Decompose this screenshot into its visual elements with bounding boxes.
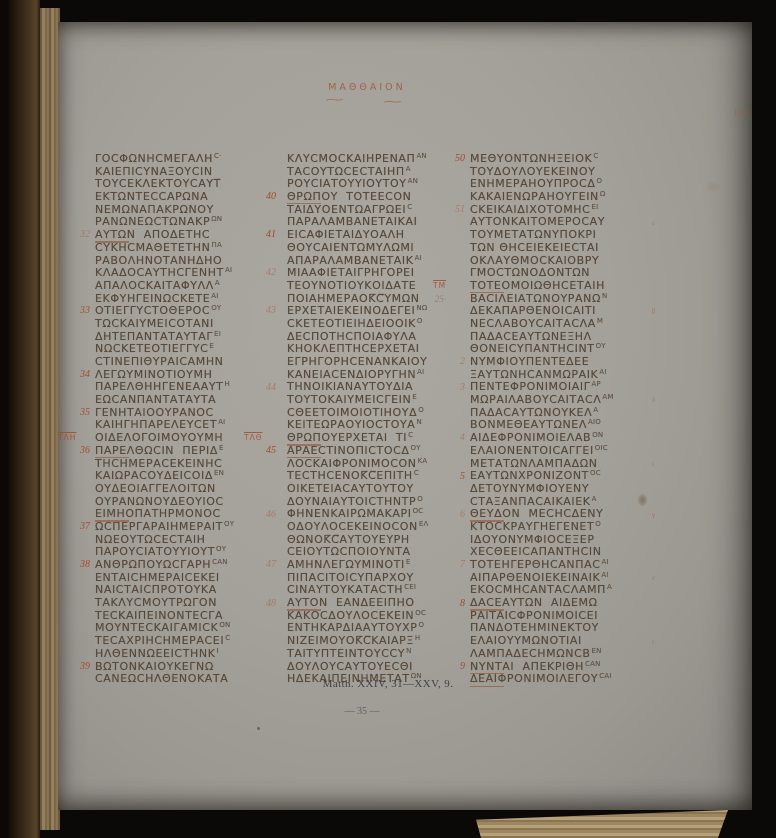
manuscript-line: ΚΛΥϹΜΟϹΚΑΙΗΡΕΝΑΠΑΝ [287, 153, 428, 166]
paper-stain [706, 182, 720, 192]
verse-number: 7 [433, 559, 465, 572]
verse-number: 51 [433, 204, 465, 217]
line-end-superscript: ΑΜ [602, 393, 613, 401]
line-end-superscript: Ϲ [593, 152, 598, 160]
line-end-superscript: ΟΥ [216, 545, 226, 553]
verse-number: 42 [244, 267, 276, 280]
manuscript-line: ΟΙΚΕΤΕΙΑϹΑΥΤΟΥΤΟΥ [287, 483, 428, 496]
section-number: ΤΛΘ [244, 432, 263, 445]
verse-number: 6 [433, 509, 465, 522]
photographed-book-page: ΜΑΘΘΑΙΟΝ ~ ~ 193 ΓΟϹΦΩΝΗϹΜΕΓΑΛΗϹ·ΚΑΙΕΠΙϹ… [0, 0, 776, 838]
line-end-superscript: ΟΙϹ [595, 444, 608, 452]
paragraphos-mark [470, 292, 504, 294]
manuscript-line: ΓΜΟϹΤΩΝΟΔΟΝΤΩΝ [470, 267, 614, 280]
plate-caption: Matth. XXIV, 31—XXV, 9. [238, 678, 538, 690]
manuscript-line: ΟΥΔΕΟΙΑΓΓΕΛΟΙΤΩΝ [95, 483, 234, 496]
manuscript-line: ΤΟΤΕΟΜΟΙΩΘΗϹΕΤΑΙΗ [470, 280, 614, 293]
line-end-superscript: Ε [219, 444, 224, 452]
manuscript-column-2: ΚΛΥϹΜΟϹΚΑΙΗΡΕΝΑΠΑΝΤΑϹΟΥΤΩϹΕϹΤΑΙΗΠΑΡΟΥϹΙΑ… [287, 153, 428, 686]
verse-number: 38 [58, 559, 90, 572]
manuscript-line: ΚΑΚΑΙΕΝΩΡΑΗΟΥΓΕΙΝΩ [470, 191, 614, 204]
verse-number: 33 [58, 305, 90, 318]
manuscript-facsimile-page: ΜΑΘΘΑΙΟΝ ~ ~ 193 ΓΟϹΦΩΝΗϹΜΕΓΑΛΗϹ·ΚΑΙΕΠΙϹ… [58, 22, 752, 810]
verse-number: 41 [244, 229, 276, 242]
page-number: 193 [688, 108, 748, 119]
verse-number: 3 [433, 382, 465, 395]
manuscript-column-3: ΜΕΘΥΟΝΤΩΝΗΞΕΙΟΚϹΤΟΥΔΟΥΛΟΥΕΚΕΙΝΟΥΕΝΗΜΕΡΑΗ… [470, 153, 614, 686]
line-end-superscript: ΑΙ [601, 558, 608, 566]
section-number: ΤΜ [433, 280, 446, 293]
manuscript-line: ΔΕΤΟΥΝΥΜΦΙΟΥΕΝΥ [470, 483, 614, 496]
paragraphos-mark [470, 673, 504, 675]
running-title: ΜΑΘΘΑΙΟΝ [267, 82, 467, 93]
page-edges-left [40, 8, 60, 830]
manuscript-line: ϹΑΝΕΩϹΗΛΘΕΝΟΚΑΤΑ [95, 673, 234, 686]
line-end-superscript: ΕΝ [592, 647, 602, 655]
line-end-superscript: Ϲ· [214, 152, 222, 160]
canon-mark: ι [652, 636, 654, 649]
manuscript-line: ΤΕΟΥΝΟΤΙΟΥΚΟΙΔΑΤΕ [287, 280, 428, 293]
paragraphos-mark [95, 241, 129, 243]
verse-number: 36 [58, 445, 90, 458]
line-end-superscript: ϹΑΝ [212, 558, 228, 566]
manuscript-line: ΤΕϹΑΧΡΙΗϹΗΜΕΡΑϹΕΙϹ [95, 635, 234, 648]
manuscript-line: ΑΡΑΕϹΤΙΝΟΠΙϹΤΟϹΔΟΥ [287, 445, 428, 458]
line-end-superscript: Ε [209, 342, 214, 350]
line-end-superscript: ΕΙ [214, 330, 221, 338]
manuscript-line: ΓΟϹΦΩΝΗϹΜΕΓΑΛΗϹ· [95, 153, 234, 166]
line-end-superscript: ΟϹ [415, 609, 426, 617]
manuscript-line: ΑΥΤΩΝ ΑΠΟΔΕΤΗϹ [95, 229, 234, 242]
line-end-superscript: ΩΝ [211, 215, 222, 223]
canon-mark: β [652, 305, 656, 318]
manuscript-line: ΚΑΙΩΡΑϹΟΥΔΕΙϹΟΙΔΕΝ [95, 470, 234, 483]
line-end-superscript: ΟΝ [592, 431, 603, 439]
line-end-superscript: Ο [419, 621, 425, 629]
manuscript-line: ΝΙΖΕΙΜΟΥΟΚ̅Ϲ̅ΚΑΙΑΡΞΗ [287, 635, 428, 648]
canon-mark: ε [652, 572, 655, 585]
manuscript-line: ΠΑΡΕΛΘΩϹΙΝ ΠΕΡΙΔΕ [95, 445, 234, 458]
verse-number: 46 [244, 509, 276, 522]
chapter-number: 25· [416, 293, 446, 306]
paragraphos-mark [287, 203, 321, 205]
line-end-superscript: ΑΝ [416, 152, 426, 160]
verse-number: 4 [433, 432, 465, 445]
paper-stain [638, 494, 647, 506]
line-end-superscript: Ϲ [407, 203, 412, 211]
manuscript-line: ΤΑΙΤΥΠΤΕΙΝΤΟΥϹϹΥΝ [287, 648, 428, 661]
canon-mark: γ [652, 509, 655, 522]
manuscript-line: ΛΑΜΠΑΔΕϹΗΜΩΝϹΒΕΝ [470, 648, 614, 661]
manuscript-line: ΜΙΑΑΦΙΕΤΑΙΓΡΗΓΟΡΕΙ [287, 267, 428, 280]
manuscript-line: ΕΙϹΑΦΙΕΤΑΙΔΥΟΑΛΗ [287, 229, 428, 242]
line-end-superscript: Ο [595, 520, 601, 528]
line-end-superscript: ΑΙ [415, 254, 422, 262]
line-end-superscript: Ϲ [408, 431, 413, 439]
line-end-superscript: ΑΙ [601, 571, 608, 579]
line-end-superscript: Ν [602, 292, 607, 300]
line-end-superscript: ΑΙ [211, 292, 218, 300]
line-end-superscript: Ν [406, 647, 411, 655]
manuscript-line: ΔΑϹΕΑΥΤΩΝ ΑΙΔΕΜΩ [470, 597, 614, 610]
paragraphos-mark [470, 520, 504, 522]
manuscript-line: ΕΚΤΩΝΤΕϹϹΑΡΩΝΑ [95, 191, 234, 204]
line-end-superscript: ΠΑ [211, 241, 221, 249]
verse-number: 47 [244, 559, 276, 572]
verse-number: 35 [58, 407, 90, 420]
manuscript-line: ΚΛΑΔΟϹΑΥΤΗϹΓΕΝΗΤΑΙ [95, 267, 234, 280]
line-end-superscript: ΟΥ [411, 444, 421, 452]
manuscript-line: ΟΙΔΕΛΟΓΟΙΜΟΥΟΥΜΗ [95, 432, 234, 445]
line-end-superscript: Α [406, 165, 411, 173]
manuscript-line: ΕΩϹΑΝΠΑΝΤΑΤΑΥΤΑ [95, 394, 234, 407]
manuscript-line: ΑΠΑΛΟϹΚΑΙΤΑΦΥΛΛΑ [95, 280, 234, 293]
line-end-superscript: Ϲ [225, 634, 230, 642]
manuscript-line: ΤΩΝ ΘΗϹΕΙΕΚΕΙΕϹΤΑΙ [470, 242, 614, 255]
verse-number: 5 [433, 471, 465, 484]
manuscript-line: ΑΝΘΡΩΠΟΥΩϹΓΑΡΗϹΑΝ [95, 559, 234, 572]
paper-speck [257, 727, 260, 730]
line-end-superscript: ΑΙΟ [588, 418, 601, 426]
line-end-superscript: ΑΙ [218, 418, 225, 426]
verse-number: 48 [244, 598, 276, 611]
manuscript-line: ΘΡΩΠΟΥ ΤΟΤΕΕϹΟΝ [287, 191, 428, 204]
canon-mark: ι [652, 458, 654, 471]
line-end-superscript: Ο [596, 177, 602, 185]
paragraphos-mark [287, 609, 321, 611]
manuscript-line: ΩϹΠΕΡΓΑΡΑΙΗΜΕΡΑΙΤΟΥ [95, 521, 234, 534]
verse-number: 43 [244, 305, 276, 318]
line-end-superscript: ΑΙ [225, 266, 232, 274]
line-end-superscript: ΑΙ [417, 368, 424, 376]
line-end-superscript: ΕΝ [214, 469, 224, 477]
verse-number: 45 [244, 445, 276, 458]
line-end-superscript: ΕΙ [591, 203, 598, 211]
line-end-superscript: ϹΑΝ [585, 660, 601, 668]
line-end-superscript: Ο [417, 317, 423, 325]
verse-number: 44 [244, 382, 276, 395]
paragraphos-mark [95, 457, 129, 459]
manuscript-line: ΑΙΔΕΦΡΟΝΙΜΟΙΕΛΑΒΟΝ [470, 432, 614, 445]
line-end-superscript: Η [224, 380, 229, 388]
line-end-superscript: ΟϹ [590, 469, 601, 477]
paragraphos-mark [470, 609, 504, 611]
line-end-superscript: ϹΑΙ [599, 672, 611, 680]
manuscript-line: ΤΟΤΕΗΓΕΡΘΗϹΑΝΠΑϹΑΙ [470, 559, 614, 572]
manuscript-line: ΝΕϹΛΑΒΟΥϹΑΙΤΑϹΛΑΜ [470, 318, 614, 331]
verse-number: 40 [244, 191, 276, 204]
line-end-superscript: Ε [406, 558, 411, 566]
verse-number: 9 [433, 661, 465, 674]
manuscript-line: ΝΥΜΦΙΟΥΠΕΝΤΕΔΕΕ [470, 356, 614, 369]
line-end-superscript: ΟΥ [596, 342, 606, 350]
line-end-superscript: ΟϹ [413, 507, 424, 515]
paragraphos-mark [287, 444, 321, 446]
line-end-superscript: ΕΛ [419, 520, 429, 528]
line-end-superscript: Μ [597, 317, 603, 325]
manuscript-line: ΜΩΡΑΙΛΑΒΟΥϹΑΙΤΑϹΛΑΜ [470, 394, 614, 407]
line-end-superscript: ΑΝ [408, 177, 418, 185]
verse-number: 32 [58, 229, 90, 242]
verse-number: 37 [58, 521, 90, 534]
verse-number: 39 [58, 661, 90, 674]
line-end-superscript: Ο [418, 406, 424, 414]
manuscript-column-1: ΓΟϹΦΩΝΗϹΜΕΓΑΛΗϹ·ΚΑΙΕΠΙϹΥΝΑΞΟΥϹΙΝΤΟΥϹΕΚΛΕ… [95, 153, 234, 686]
manuscript-line: ΤΩϹΚΑΙΥΜΕΙϹΟΤΑΝΙ [95, 318, 234, 331]
manuscript-line: ΕΛΑΙΟΝΕΝΤΟΙϹΑΓΓΕΙΟΙϹ [470, 445, 614, 458]
title-flourish-icon: ~ [324, 93, 346, 106]
line-end-superscript: ΟΥ [224, 520, 234, 528]
canon-mark: ε [652, 217, 655, 230]
manuscript-line: ΕΛΑΙΟΥΥΜΩΝΟΤΙΑΙ [470, 635, 614, 648]
line-end-superscript: Ν [416, 418, 421, 426]
manuscript-line: ΚΤΟϹΚΡΑΥΓΗΕΓΕΝΕΤΟ [470, 521, 614, 534]
manuscript-line: ΑΥΤΟΝ ΕΑΝΔΕΕΙΠΗΟ [287, 597, 428, 610]
line-end-superscript: Α [215, 279, 220, 287]
line-end-superscript: ΚΑ [418, 457, 428, 465]
line-end-superscript: Α [593, 406, 598, 414]
line-end-superscript: ΟΝ [219, 621, 230, 629]
page-edges-bottom-right [476, 810, 728, 838]
paragraphos-mark [95, 520, 129, 522]
book-spine [8, 0, 40, 838]
manuscript-line: ΤΟΥΤΟΚΑΙΥΜΕΙϹΓΕΙΝΕ [287, 394, 428, 407]
line-end-superscript: Η [415, 634, 420, 642]
plate-folio-number: — 35 — [262, 706, 462, 717]
line-end-superscript: ΝΩ [416, 304, 427, 312]
verse-number: 50 [433, 153, 465, 166]
line-end-superscript: ϹΕΙ [404, 583, 416, 591]
line-end-superscript: ΑΡ [591, 380, 600, 388]
verse-number: 34 [58, 369, 90, 382]
line-end-superscript: Ε [412, 393, 417, 401]
line-end-superscript: Ω [600, 190, 606, 198]
title-flourish-icon: ~ [382, 95, 404, 108]
manuscript-line: ΘΟΥϹΑΙΕΝΤΩΜΥΛΩΜΙ [287, 242, 428, 255]
paragraphos-mark [287, 457, 321, 459]
line-end-superscript: Α [592, 495, 597, 503]
line-end-superscript: Ο [417, 495, 423, 503]
manuscript-line: ΜΕΘΥΟΝΤΩΝΗΞΕΙΟΚϹ [470, 153, 614, 166]
line-end-superscript: Ι [217, 647, 219, 655]
verse-number: 2 [433, 356, 465, 369]
section-number: ΤΛΗ [58, 432, 76, 445]
manuscript-line: ΟΔΟΥΛΟϹΕΚΕΙΝΟϹΟΝΕΛ [287, 521, 428, 534]
line-end-superscript: Ϲ [414, 469, 419, 477]
verse-number: 8 [433, 598, 465, 611]
manuscript-line: ΘΡΩΠΟΥΕΡΧΕΤΑΙ ΤΙϹ [287, 432, 428, 445]
manuscript-line: ϹΚΕΤΕΟΤΙΕΙΗΔΕΙΟΟΙΚΟ [287, 318, 428, 331]
canon-mark: λ [652, 394, 655, 407]
line-end-superscript: Α [607, 583, 612, 591]
line-end-superscript: ΟΥ [211, 304, 221, 312]
manuscript-line: ΑΜΗΝΛΕΓΩΥΜΙΝΟΤΙΕ [287, 559, 428, 572]
manuscript-line: ϹΤΙΝΕΠΙΘΥΡΑΙϹΑΜΗΝ [95, 356, 234, 369]
line-end-superscript: ΑΙ [599, 368, 606, 376]
manuscript-line: ΗΛΘΕΝΝΩΕΕΙϹΤΗΝΚΙ [95, 648, 234, 661]
manuscript-line: ΤΕϹΤΗϹΕΝΟΚ̅Ϲ̅ΕΠΙΤΗϹ [287, 470, 428, 483]
manuscript-line: ΕΑΥΤΩΝΧΡΟΝΙΖΟΝΤΟϹ [470, 470, 614, 483]
manuscript-line: ΤΟΥΜΕΤΑΤΩΝΥΠΟΚΡΙ [470, 229, 614, 242]
manuscript-line: ΤΑΚΛΥϹΜΟΥΤΡΩΓΟΝ [95, 597, 234, 610]
manuscript-line: ϹΥΚΗϹΜΑΘΕΤΕΤΗΝΠΑ [95, 242, 234, 255]
manuscript-line: ΕΓΡΗΓΟΡΗϹΕΝΑΝΚΑΙΟΥ [287, 356, 428, 369]
